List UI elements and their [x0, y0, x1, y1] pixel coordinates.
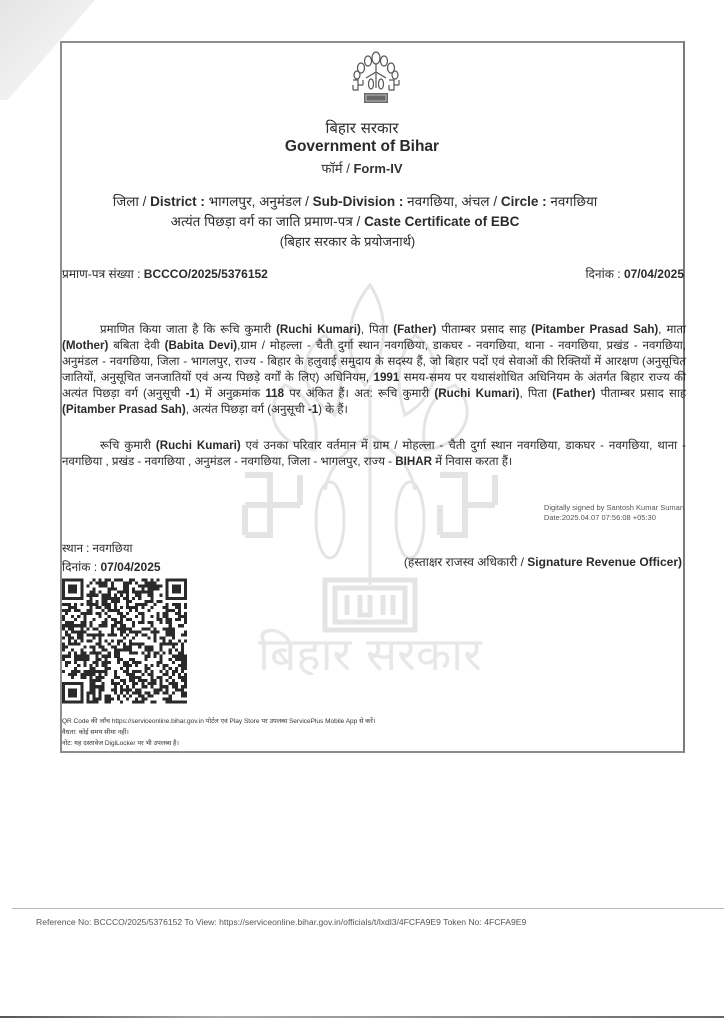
certificate-date-value: 07/04/2025: [624, 267, 684, 281]
issue-date: दिनांक : 07/04/2025: [62, 558, 161, 575]
form-number: फॉर्म / Form-IV: [0, 159, 724, 177]
signature-label-hindi: (हस्ताक्षर राजस्व अधिकारी /: [404, 555, 524, 569]
district-value: भागलपुर, अनुमंडल /: [209, 194, 309, 209]
issue-date-value: 07/04/2025: [100, 560, 160, 574]
validity-note: वैधता: कोई समय सीमा नहीं।: [62, 727, 129, 736]
signature-officer: (हस्ताक्षर राजस्व अधिकारी / Signature Re…: [404, 553, 682, 570]
certificate-body-paragraph-1: प्रमाणित किया जाता है कि रूचि कुमारी (Ru…: [62, 322, 686, 418]
place-value: नवगछिया: [93, 543, 133, 555]
paragraph-1-text: प्रमाणित किया जाता है कि रूचि कुमारी (Ru…: [62, 323, 686, 416]
digital-signature-signer: Digitally signed by Santosh Kumar Suman: [544, 503, 684, 513]
certificate-subtitle: (बिहार सरकार के प्रयोजनार्थ): [0, 232, 695, 250]
form-label-hindi: फॉर्म /: [321, 161, 349, 176]
form-label-english: Form-IV: [353, 161, 402, 176]
certificate-date: दिनांक : 07/04/2025: [585, 265, 684, 282]
page-footer-divider: [12, 908, 724, 909]
certificate-number: प्रमाण-पत्र संख्या : BCCCO/2025/5376152: [62, 265, 268, 282]
district-label-hindi: जिला /: [113, 194, 147, 209]
certificate-title: अत्यंत पिछड़ा वर्ग का जाति प्रमाण-पत्र /…: [0, 212, 690, 230]
qr-verification-note: QR Code की जाँच https://serviceonline.bi…: [62, 716, 375, 725]
location-line: जिला / District : भागलपुर, अनुमंडल / Sub…: [0, 192, 710, 210]
certificate-body-paragraph-2: रूचि कुमारी (Ruchi Kumari) एवं उनका परिव…: [62, 438, 686, 470]
district-label: District :: [150, 194, 205, 209]
scan-bottom-edge: [0, 1016, 724, 1018]
header-title-hindi: बिहार सरकार: [0, 118, 724, 138]
reference-footer: Reference No: BCCCO/2025/5376152 To View…: [36, 917, 526, 927]
header-title-english: Government of Bihar: [0, 138, 724, 156]
qr-code-icon[interactable]: [62, 577, 187, 705]
subdivision-label: Sub-Division :: [313, 194, 404, 209]
digital-signature-date: Date:2025.04.07 07:56:08 +05:30: [544, 513, 684, 523]
certificate-title-hindi: अत्यंत पिछड़ा वर्ग का जाति प्रमाण-पत्र /: [171, 214, 361, 229]
circle-value: नवगछिया: [550, 194, 597, 209]
circle-label: Circle :: [501, 194, 547, 209]
digilocker-note: नोट: यह दस्तावेज DigiLocker पर भी उपलब्ध…: [62, 738, 179, 747]
issue-date-label: दिनांक :: [62, 560, 97, 574]
certificate-number-label: प्रमाण-पत्र संख्या :: [62, 267, 140, 281]
certificate-number-value: BCCCO/2025/5376152: [144, 267, 268, 281]
subdivision-value: नवगछिया, अंचल /: [407, 194, 497, 209]
signature-label-english: Signature Revenue Officer): [527, 555, 682, 569]
place-label: स्थान :: [62, 543, 89, 555]
paragraph-2-text: रूचि कुमारी (Ruchi Kumari) एवं उनका परिव…: [62, 439, 686, 468]
digital-signature-block: Digitally signed by Santosh Kumar Suman …: [544, 503, 684, 523]
bihar-emblem-icon: [348, 48, 404, 106]
place: स्थान : नवगछिया: [62, 541, 133, 556]
certificate-title-english: Caste Certificate of EBC: [364, 214, 519, 229]
certificate-date-label: दिनांक :: [585, 267, 620, 281]
watermark-text: बिहार सरकार: [258, 627, 483, 675]
